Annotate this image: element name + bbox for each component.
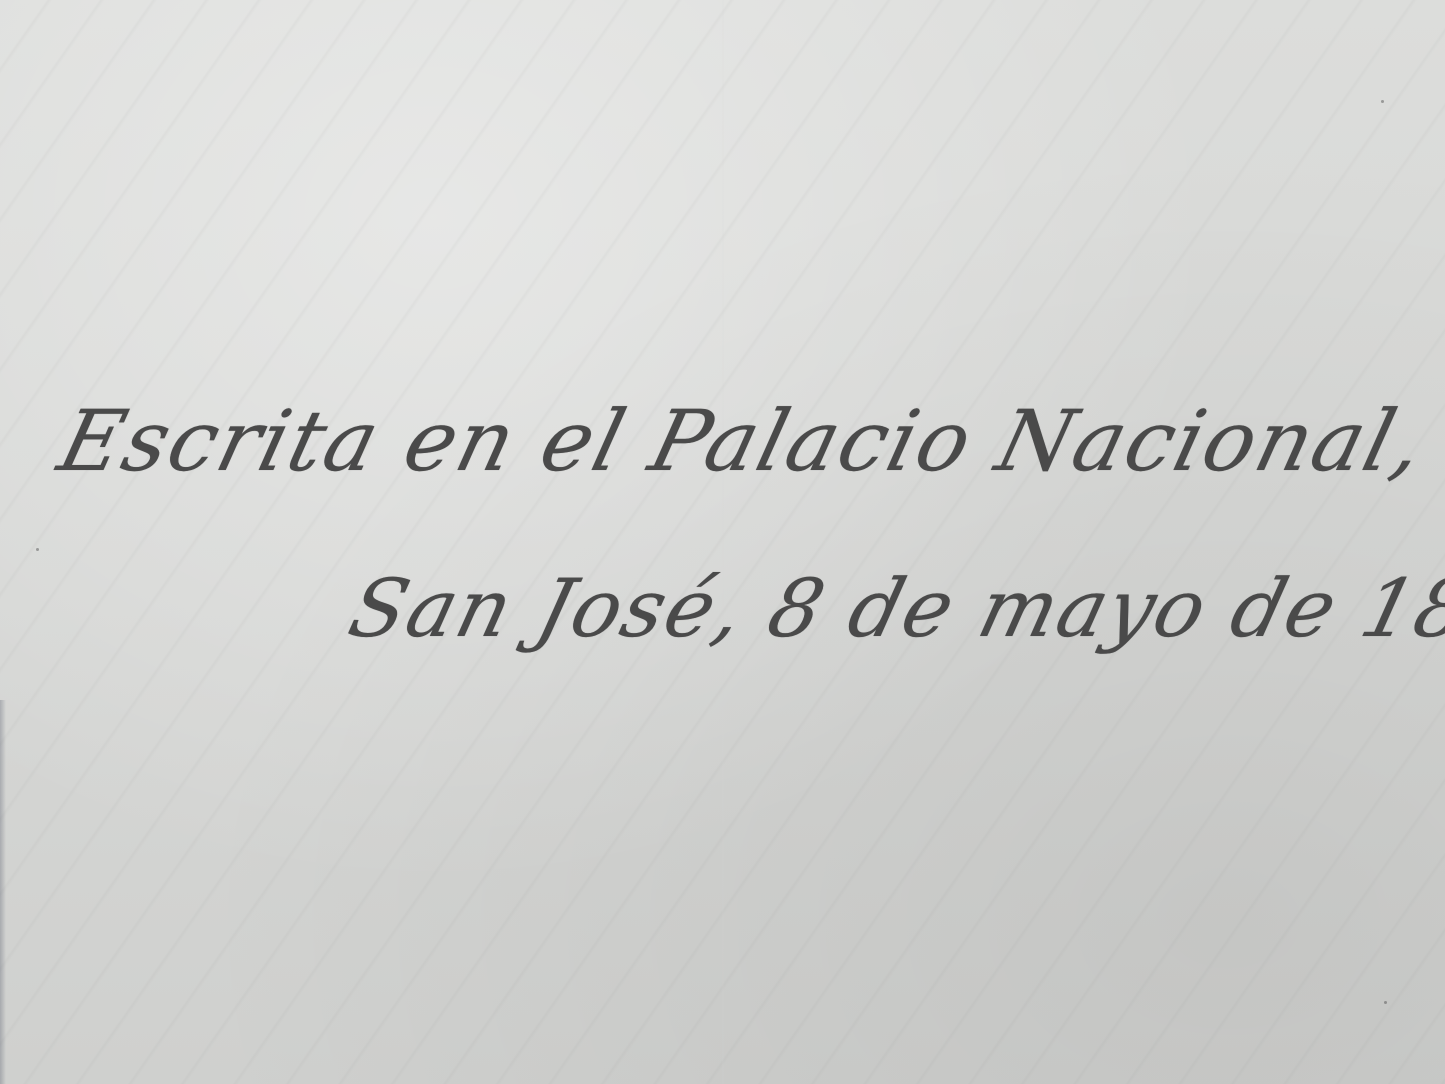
ink-speck: [1381, 100, 1384, 103]
paper-fold-line: [722, 0, 724, 1084]
paper-edge-shadow: [0, 700, 6, 1084]
handwritten-line-date: San José, 8 de mayo de 1894.: [340, 562, 1445, 655]
handwritten-line-place: Escrita en el Palacio Nacional,: [50, 392, 1436, 490]
ink-speck: [36, 548, 39, 551]
ink-speck: [1384, 1001, 1387, 1004]
